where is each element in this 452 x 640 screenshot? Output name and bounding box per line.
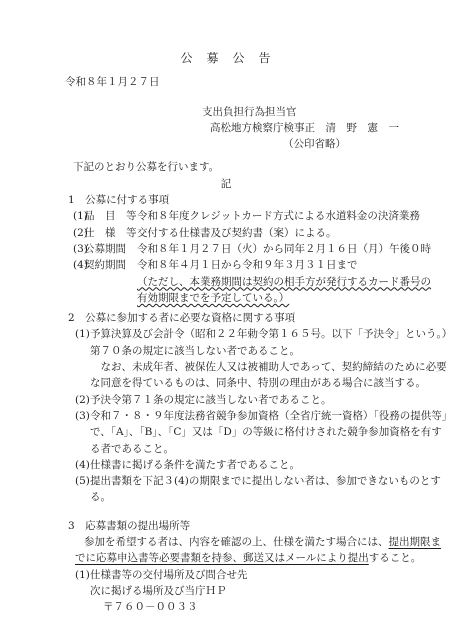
contract-period-note-line2: 有効期限までを予定している。） bbox=[137, 290, 432, 306]
paragraph-text: 参加を希望する者は、内容を確認の上、仕様を満たす場合には、 bbox=[84, 536, 389, 548]
item-number: (4) bbox=[73, 257, 84, 273]
item-text: 令和７・８・９年度法務省競争参加資格（全省庁統一資格）「役務の提供等」 bbox=[90, 408, 452, 424]
item-number: (4) bbox=[75, 457, 90, 473]
section1-item-4: (4) 契約期間 令和８年４月１日から令和９年３月３１日まで bbox=[73, 257, 432, 273]
document-date: 令和８年１月２７日 bbox=[65, 74, 432, 90]
section2-item-5: (5) 提出書類を下記３(4)の期限までに提出しない者は、参加できないものとす bbox=[75, 473, 432, 489]
item-number: (5) bbox=[75, 473, 90, 489]
item-text: 予決令第７１条の規定に該当しない者であること。 bbox=[90, 392, 332, 408]
section2-item-4: (4) 仕様書に掲げる条件を満たす者であること。 bbox=[75, 457, 432, 473]
section3-item-1-sub: 次に掲げる場所及び当庁ＨＰ bbox=[90, 583, 432, 599]
document-title: 公 募 公 告 bbox=[0, 50, 452, 66]
section1-item-2: (2) 仕 様 等 交付する仕様書及び契約書（案）による。 bbox=[73, 225, 432, 241]
item-number: (3) bbox=[73, 241, 84, 257]
item-label: 契約期間 bbox=[84, 257, 137, 273]
item-number: (1) bbox=[75, 567, 90, 583]
section1-item-1: (1) 品 目 等 令和８年度クレジットカード方式による水道料金の決済業務 bbox=[73, 208, 432, 224]
record-mark: 記 bbox=[0, 176, 452, 192]
item-text: 令和８年度クレジットカード方式による水道料金の決済業務 bbox=[137, 208, 420, 224]
item-text: 令和８年４月１日から令和９年３月３１日まで bbox=[137, 257, 358, 273]
section2-item-2: (2) 予決令第７１条の規定に該当しない者であること。 bbox=[75, 392, 432, 408]
underlined-text: でに応募申込書等必要書類を持参、郵送又はメールにより提出 bbox=[75, 552, 369, 564]
item-text: 仕様書に掲げる条件を満たす者であること。 bbox=[90, 457, 300, 473]
wavy-underlined-text: （ただし、本業務期間は契約の相手方が発行するカード番号の bbox=[137, 276, 431, 288]
item-number: (1) bbox=[73, 208, 84, 224]
section2-item-3: (3) 令和７・８・９年度法務省競争参加資格（全省庁統一資格）「役務の提供等」 bbox=[75, 408, 432, 424]
section3-item-1: (1) 仕様書等の交付場所及び問合せ先 bbox=[75, 567, 432, 583]
intro-sentence: 下記のとおり公募を行います。 bbox=[73, 159, 432, 175]
item-label: 公募期間 bbox=[84, 241, 137, 257]
item-label: 仕 様 等 bbox=[84, 225, 137, 241]
section2-item-1-cont: な同意を得ているものは、同条中、特別の理由がある場合に該当する。 bbox=[90, 375, 432, 391]
section2-item-5-cont: る。 bbox=[90, 489, 432, 505]
section1-item-3: (3) 公募期間 令和８年１月２７日（火）から同年２月１６日（月）午後０時 bbox=[73, 241, 432, 257]
section2-heading: 2 公募に参加する者に必要な資格に関する事項 bbox=[68, 310, 432, 326]
contract-period-note-line1: （ただし、本業務期間は契約の相手方が発行するカード番号の bbox=[137, 274, 432, 290]
item-number: (1) bbox=[75, 326, 90, 342]
wavy-underlined-text: 有効期限までを予定している。） bbox=[137, 292, 289, 304]
document-page: 公 募 公 告 令和８年１月２７日 支出負担行為担当官 高松地方検察庁検事正 清… bbox=[0, 0, 452, 640]
paragraph-text: すること。 bbox=[369, 552, 422, 564]
underlined-text: 提出期限ま bbox=[389, 536, 442, 548]
item-text: 令和８年１月２７日（火）から同年２月１６日（月）午後０時 bbox=[137, 241, 431, 257]
item-text: 交付する仕様書及び契約書（案）による。 bbox=[137, 225, 337, 241]
seal-omitted-note: （公印省略） bbox=[283, 136, 432, 152]
item-text: 予算決算及び会計令（昭和２２年勅令第１６５号。以下「予決令」という。） bbox=[90, 326, 452, 342]
section3-heading: 3 応募書類の提出場所等 bbox=[68, 518, 432, 534]
item-number: (2) bbox=[75, 392, 90, 408]
item-label: 品 目 等 bbox=[84, 208, 137, 224]
item-text: 提出書類を下記３(4)の期限までに提出しない者は、参加できないものとす bbox=[90, 473, 441, 489]
section2-item-1: (1) 予算決算及び会計令（昭和２２年勅令第１６５号。以下「予決令」という。） bbox=[75, 326, 432, 342]
signer-role: 支出負担行為担当官 bbox=[202, 104, 432, 120]
item-number: (2) bbox=[73, 225, 84, 241]
section2-item-3-cont: で、「A」、「B」、「C」又は「D」の等級に格付けされた競争参加資格を有す bbox=[90, 424, 432, 440]
section3-paragraph-line2: でに応募申込書等必要書類を持参、郵送又はメールにより提出すること。 bbox=[75, 550, 432, 566]
section2-item-1-cont: 第７０条の規定に該当しない者であること。 bbox=[90, 343, 432, 359]
section3-paragraph-line1: 参加を希望する者は、内容を確認の上、仕様を満たす場合には、提出期限ま bbox=[84, 534, 432, 550]
postal-code: 〒７６０－００３３ bbox=[103, 599, 432, 615]
section2-item-3-cont: る者であること。 bbox=[90, 441, 432, 457]
section2-item-1-cont: なお、未成年者、被保佐人又は被補助人であって、契約締結のために必要 bbox=[90, 359, 432, 375]
item-number: (3) bbox=[75, 408, 90, 424]
item-text: 仕様書等の交付場所及び問合せ先 bbox=[90, 567, 248, 583]
section1-heading: 1 公募に付する事項 bbox=[68, 192, 432, 208]
signer-name: 高松地方検察庁検事正 清 野 憲 一 bbox=[210, 120, 432, 136]
